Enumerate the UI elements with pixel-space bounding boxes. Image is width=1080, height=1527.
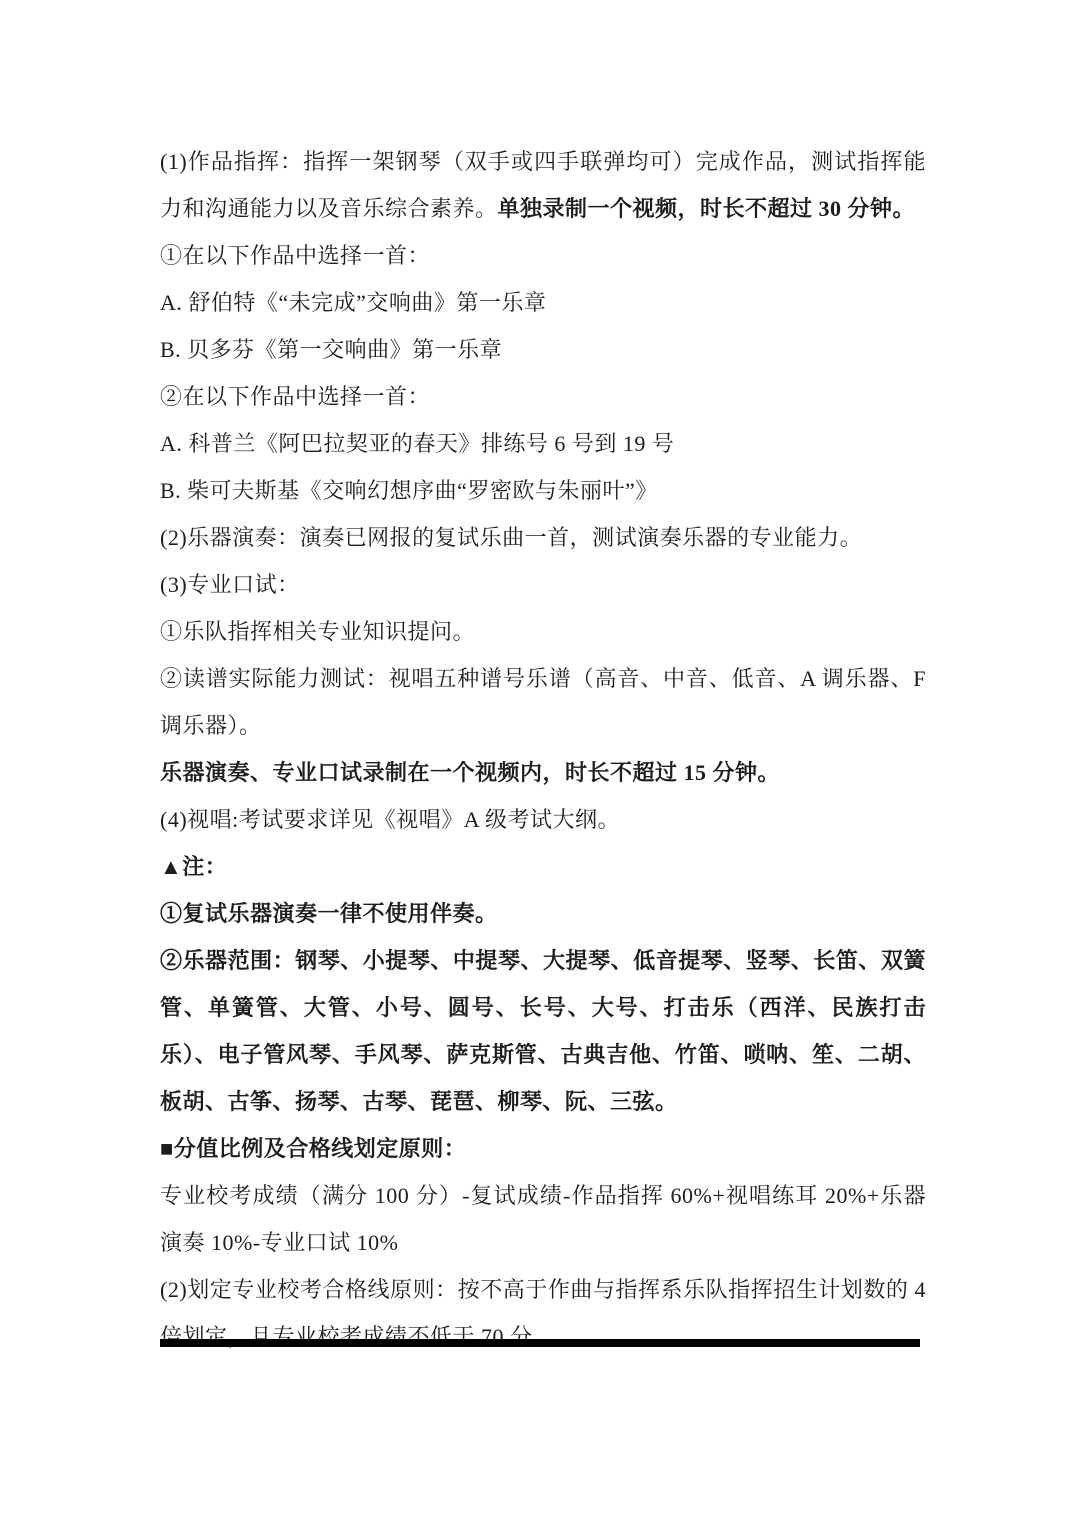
body-text: ②读谱实际能力测试：视唱五种谱号乐谱（高音、中音、低音、A 调乐器、F 调乐器）…	[160, 666, 926, 738]
body-text: ①乐队指挥相关专业知识提问。	[160, 619, 475, 644]
para-choice-group-1: ①在以下作品中选择一首：	[160, 232, 926, 279]
body-text: A. 舒伯特《“未完成”交响曲》第一乐章	[160, 290, 546, 315]
body-text: ①在以下作品中选择一首：	[160, 243, 430, 268]
body-text: A. 科普兰《阿巴拉契亚的春天》排练号 6 号到 19 号	[160, 431, 674, 456]
para-video-limit: 乐器演奏、专业口试录制在一个视频内，时长不超过 15 分钟。	[160, 749, 926, 796]
bottom-divider-rule	[160, 1339, 920, 1347]
body-text: (3)专业口试：	[160, 572, 300, 597]
emphasis-text: ■分值比例及合格线划定原则：	[160, 1136, 466, 1161]
body-text: ②在以下作品中选择一首：	[160, 384, 430, 409]
para-note-1: ①复试乐器演奏一律不使用伴奏。	[160, 890, 926, 937]
para-note-2-instrument-range: ②乐器范围：钢琴、小提琴、中提琴、大提琴、低音提琴、竖琴、长笛、双簧管、单簧管、…	[160, 937, 926, 1125]
para-oral-exam: (3)专业口试：	[160, 561, 926, 608]
para-choice-2b: B. 柴可夫斯基《交响幻想序曲“罗密欧与朱丽叶”》	[160, 467, 926, 514]
body-text: 专业校考成绩（满分 100 分）-复试成绩-作品指挥 60%+视唱练耳 20%+…	[160, 1183, 926, 1255]
document-body: (1)作品指挥：指挥一架钢琴（双手或四手联弹均可）完成作品，测试指挥能力和沟通能…	[160, 138, 926, 1360]
body-text: (2)乐器演奏：演奏已网报的复试乐曲一首，测试演奏乐器的专业能力。	[160, 525, 862, 550]
para-score-heading: ■分值比例及合格线划定原则：	[160, 1125, 926, 1172]
body-text: B. 柴可夫斯基《交响幻想序曲“罗密欧与朱丽叶”》	[160, 478, 658, 503]
para-score-formula: 专业校考成绩（满分 100 分）-复试成绩-作品指挥 60%+视唱练耳 20%+…	[160, 1172, 926, 1266]
para-choice-1a: A. 舒伯特《“未完成”交响曲》第一乐章	[160, 279, 926, 326]
body-text: B. 贝多芬《第一交响曲》第一乐章	[160, 337, 502, 362]
para-choice-group-2: ②在以下作品中选择一首：	[160, 373, 926, 420]
emphasis-text: ①复试乐器演奏一律不使用伴奏。	[160, 901, 498, 926]
emphasis-text: ▲注：	[160, 854, 227, 879]
document-page: (1)作品指挥：指挥一架钢琴（双手或四手联弹均可）完成作品，测试指挥能力和沟通能…	[0, 0, 1080, 1527]
emphasis-text: 单独录制一个视频，时长不超过 30 分钟。	[498, 196, 916, 221]
emphasis-text: 乐器演奏、专业口试录制在一个视频内，时长不超过 15 分钟。	[160, 760, 780, 785]
para-note-heading: ▲注：	[160, 843, 926, 890]
para-oral-exam-2: ②读谱实际能力测试：视唱五种谱号乐谱（高音、中音、低音、A 调乐器、F 调乐器）…	[160, 655, 926, 749]
para-work-conducting: (1)作品指挥：指挥一架钢琴（双手或四手联弹均可）完成作品，测试指挥能力和沟通能…	[160, 138, 926, 232]
para-oral-exam-1: ①乐队指挥相关专业知识提问。	[160, 608, 926, 655]
emphasis-text: ②乐器范围：钢琴、小提琴、中提琴、大提琴、低音提琴、竖琴、长笛、双簧管、单簧管、…	[160, 948, 926, 1114]
para-choice-1b: B. 贝多芬《第一交响曲》第一乐章	[160, 326, 926, 373]
body-text: (4)视唱:考试要求详见《视唱》A 级考试大纲。	[160, 807, 620, 832]
para-instrument-performance: (2)乐器演奏：演奏已网报的复试乐曲一首，测试演奏乐器的专业能力。	[160, 514, 926, 561]
para-sight-singing: (4)视唱:考试要求详见《视唱》A 级考试大纲。	[160, 796, 926, 843]
para-choice-2a: A. 科普兰《阿巴拉契亚的春天》排练号 6 号到 19 号	[160, 420, 926, 467]
